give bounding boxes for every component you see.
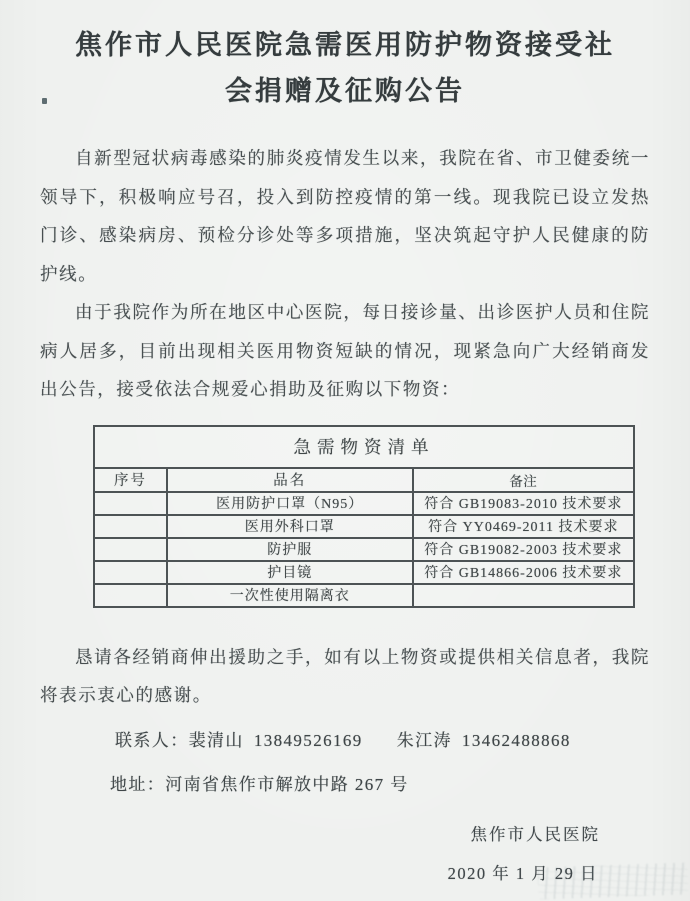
table-caption: 急需物资清单 [94,426,634,468]
table-row: 护目镜符合 GB14866-2006 技术要求 [94,561,634,584]
paragraph-shortage: 由于我院作为所在地区中心医院，每日接诊量、出诊医护人员和住院病人居多，目前出现相… [40,293,650,409]
table-row: 医用防护口罩（N95）符合 GB19083-2010 技术要求 [94,492,634,515]
cell-serial [94,515,167,538]
document-title-line2: 会捐赠及征购公告 [225,76,465,106]
table-header-row: 序号 品名 备注 [94,468,634,492]
contact-phone-1: 13849526169 [254,731,363,750]
address-label: 地址： [110,775,165,794]
signature-organization: 焦作市人民医院 [40,821,600,845]
contact-name-1: 裴清山 [189,731,244,750]
cell-remark: 符合 YY0469-2011 技术要求 [413,515,634,538]
supplies-table: 急需物资清单 序号 品名 备注 医用防护口罩（N95）符合 GB19083-20… [93,425,635,608]
paragraph-intro: 自新型冠状病毒感染的肺炎疫情发生以来，我院在省、市卫健委统一领导下，积极响应号召… [40,139,650,293]
signature-date: 2020 年 1 月 29 日 [40,860,598,884]
cell-item-name: 一次性使用隔离衣 [167,584,413,607]
table-caption-row: 急需物资清单 [94,426,634,468]
contact-label: 联系人： [115,731,189,750]
cell-remark: 符合 GB14866-2006 技术要求 [413,561,634,584]
contact-line: 联系人：裴清山13849526169朱江涛13462488868 [115,727,650,755]
document-page: 焦作市人民医院急需医用防护物资接受社会捐赠及征购公告 自新型冠状病毒感染的肺炎疫… [0,0,690,901]
address-line: 地址：河南省焦作市解放中路 267 号 [110,771,650,799]
cell-item-name: 医用防护口罩（N95） [167,492,413,515]
cell-serial [94,584,167,607]
table-row: 医用外科口罩符合 YY0469-2011 技术要求 [94,515,634,538]
cell-serial [94,561,167,584]
cell-remark [413,584,634,607]
document-title: 焦作市人民医院急需医用防护物资接受社会捐赠及征购公告 [40,22,650,114]
contact-phone-2: 13462488868 [462,731,571,750]
column-header-serial: 序号 [94,468,167,492]
paragraph-appeal: 恳请各经销商伸出援助之手，如有以上物资或提供相关信息者，我院将表示衷心的感谢。 [40,638,650,715]
column-header-item: 品名 [167,468,413,492]
cell-remark: 符合 GB19082-2003 技术要求 [413,538,634,561]
address-value: 河南省焦作市解放中路 267 号 [165,775,408,794]
cell-remark: 符合 GB19083-2010 技术要求 [413,492,634,515]
document-title-line1: 焦作市人民医院急需医用防护物资接受社 [75,30,615,60]
cell-item-name: 防护服 [167,538,413,561]
ink-speck-artifact [42,98,47,104]
cell-item-name: 护目镜 [167,561,413,584]
table-row: 一次性使用隔离衣 [94,584,634,607]
table-row: 防护服符合 GB19082-2003 技术要求 [94,538,634,561]
cell-serial [94,492,167,515]
supplies-table-body: 医用防护口罩（N95）符合 GB19083-2010 技术要求医用外科口罩符合 … [94,492,634,607]
faint-stamp-artifact [537,862,688,899]
column-header-remark: 备注 [413,468,634,492]
cell-item-name: 医用外科口罩 [167,515,413,538]
cell-serial [94,538,167,561]
contact-name-2: 朱江涛 [397,731,452,750]
